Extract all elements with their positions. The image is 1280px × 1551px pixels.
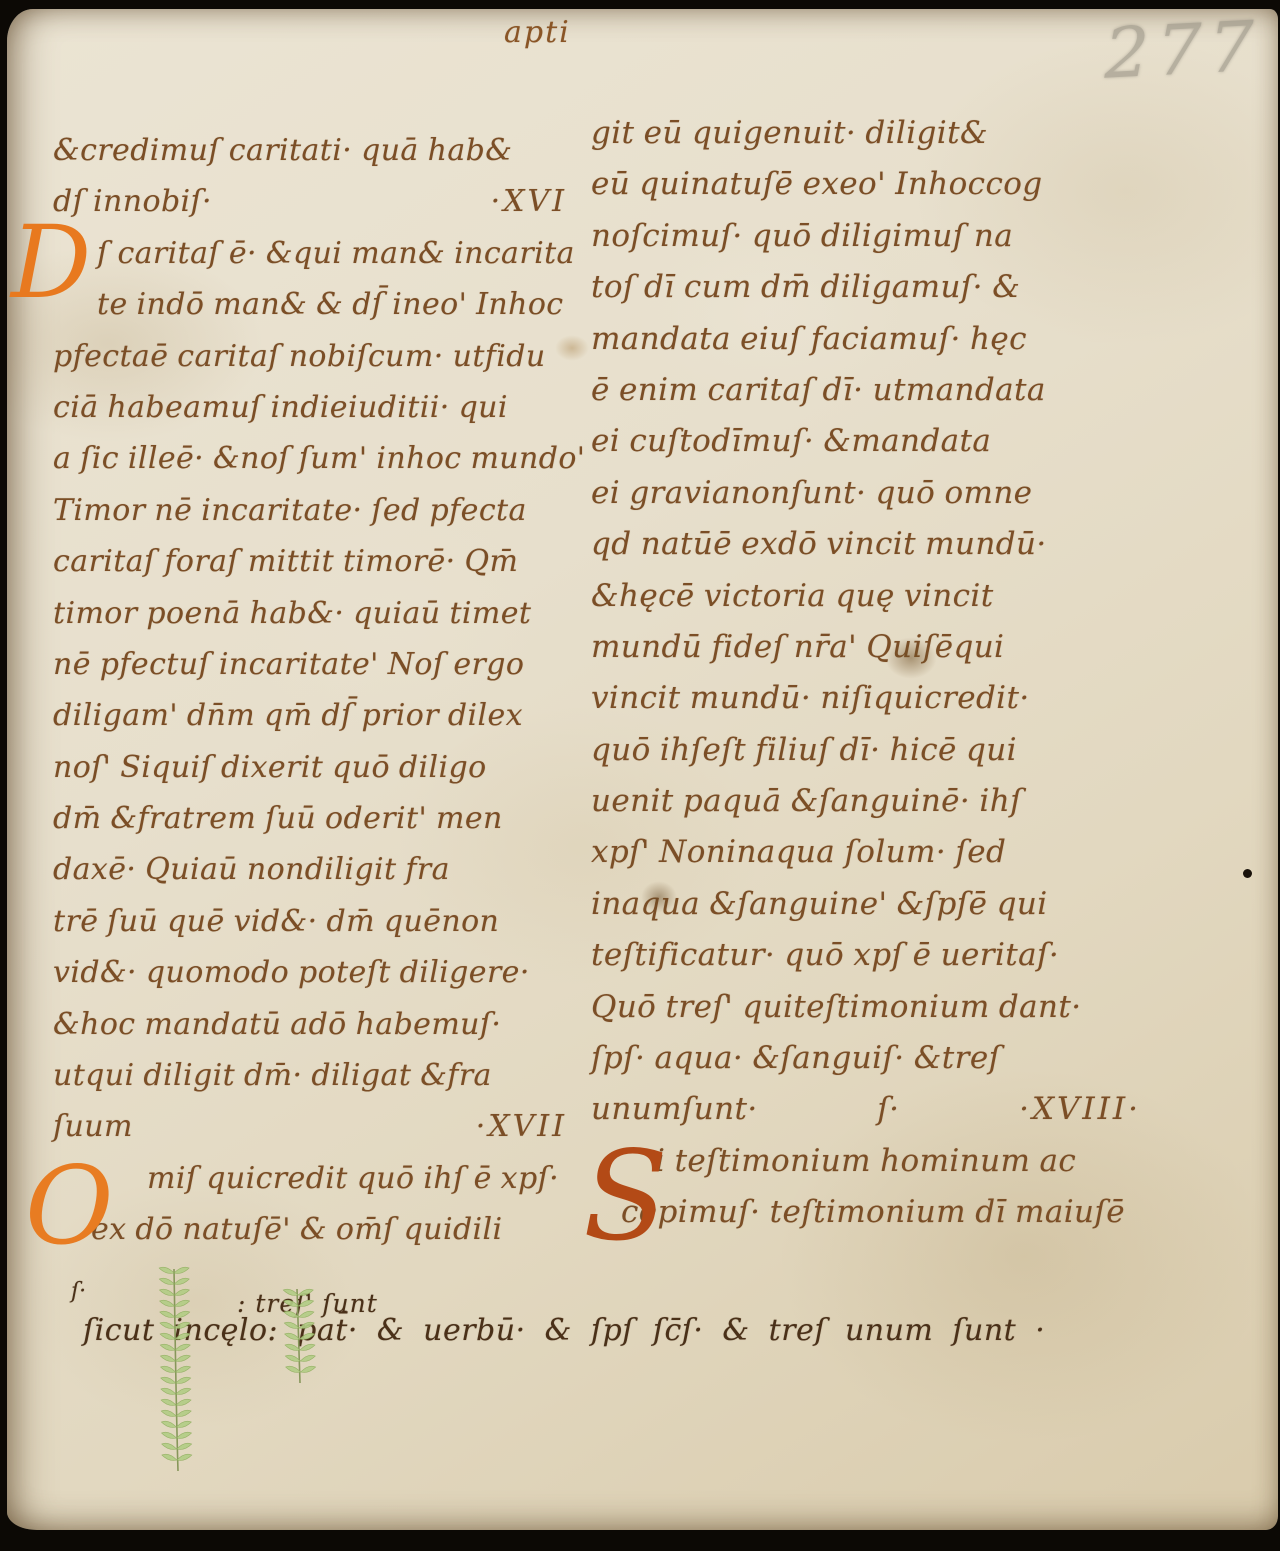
text-line: a ſic illeē· &noſ ſum' inhoc mundo' <box>53 433 567 484</box>
text-line: mundū fideſ nr̄a' Quiſēqui <box>591 622 1141 673</box>
running-header: apti <box>504 15 571 50</box>
decorated-initial-o: O <box>25 1153 114 1261</box>
text-line: utqui diligit dm̄· diligat &fra <box>53 1050 567 1101</box>
text-line: ſuum·XVII <box>53 1101 567 1152</box>
text-line: vid&· quomodo poteſt diligere· <box>53 947 567 998</box>
text-line: te indō man& & dſ̄ ineo' Inhoc <box>53 279 567 330</box>
text-column-left: &credimuſ caritati· quā hab&dſ innobiſ··… <box>53 125 567 1256</box>
decorated-initial-d: D <box>11 213 91 313</box>
text-line: dm̄ &fratrem ſuū oderit' men <box>53 793 567 844</box>
text-line: ei cuſtodīmuſ· &mandata <box>591 416 1141 467</box>
text-line: i teſtimonium hominum ac <box>591 1136 1141 1187</box>
text-line: &credimuſ caritati· quā hab& <box>53 125 567 176</box>
text-line: dſ innobiſ··XVI <box>53 176 567 227</box>
text-line: diligam' dn̄m qm̄ dſ̄ prior dilex <box>53 690 567 741</box>
text-line: mandata eiuſ faciamuſ· hęc <box>591 314 1141 365</box>
text-line: uenit paquā &ſanguinē· ihſ <box>591 776 1141 827</box>
text-line: toſ dī cum dm̄ diligamuſ· & <box>591 262 1141 313</box>
comma-johanneum-addition: ſicut incęlo: pat̄· & uerbū· & ſpſ ſc̄ſ·… <box>83 1313 1045 1348</box>
text-line: unumſunt·ſ··XVIII· <box>591 1084 1141 1135</box>
text-line: inaqua &ſanguine' &ſpſē qui <box>591 879 1141 930</box>
text-line: vincit mundū· niſiquicredit· <box>591 673 1141 724</box>
text-line: ē enim caritaſ dī· utmandata <box>591 365 1141 416</box>
text-line: &hęcē victoria quę vincit <box>591 571 1141 622</box>
text-line: ei gravianonſunt· quō omne <box>591 468 1141 519</box>
text-line: quō ihſeſt filiuſ dī· hicē qui <box>591 725 1141 776</box>
fern-doodle <box>277 1287 319 1389</box>
fern-doodle <box>153 1265 199 1477</box>
text-line: trē ſuū quē vid&· dm̄ quēnon <box>53 896 567 947</box>
manuscript-page: apti 277 D O S &credimuſ caritati· quā h… <box>7 9 1278 1530</box>
text-line: &hoc mandatū adō habemuſ· <box>53 999 567 1050</box>
text-line: ſpſ· aqua· &ſanguiſ· &treſ <box>591 1033 1141 1084</box>
text-line: nē pfectuſ incaritate' Noſ ergo <box>53 639 567 690</box>
text-line: git eū quigenuit· diligit& <box>591 108 1141 159</box>
text-line: ex dō natuſē' & om̄ſ quidili <box>53 1204 567 1255</box>
text-line: ciā habeamuſ indieiuditii· qui <box>53 382 567 433</box>
margin-signe-de-renvoi: ſ· <box>71 1279 86 1304</box>
text-line: noſcimuſ· quō diligimuſ na <box>591 211 1141 262</box>
text-line: Quō treſ' quiteſtimonium dant· <box>591 982 1141 1033</box>
text-column-right: git eū quigenuit· diligit&eū quinatuſē e… <box>591 108 1141 1239</box>
text-line: qd natūē exdō vincit mundū· <box>591 519 1141 570</box>
text-line: cepimuſ· teſtimonium dī maiuſē <box>591 1187 1141 1238</box>
text-line: miſ quicredit quō ihſ ē xpſ· <box>53 1153 567 1204</box>
text-line: timor poenā hab&· quiaū timet <box>53 588 567 639</box>
text-line: eū quinatuſē exeo' Inhoccog <box>591 159 1141 210</box>
text-line: teſtificatur· quō xpſ ē ueritaſ· <box>591 930 1141 981</box>
text-line: xpſ' Noninaqua ſolum· ſed <box>591 827 1141 878</box>
text-line: caritaſ foraſ mittit timorē· Qm̄ <box>53 536 567 587</box>
text-line: Timor nē incaritate· ſed pfecta <box>53 485 567 536</box>
wormhole-dot <box>1243 869 1252 878</box>
folio-number-pencil: 277 <box>1096 5 1269 95</box>
text-line: ſ caritaſ ē· &qui man& incarita <box>53 228 567 279</box>
text-line: noſ' Siquiſ dixerit quō diligo <box>53 742 567 793</box>
decorated-initial-s: S <box>583 1135 668 1259</box>
text-line: daxē· Quiaū nondiligit fra <box>53 844 567 895</box>
text-line: pfectaē caritaſ nobiſcum· utfidu <box>53 331 567 382</box>
